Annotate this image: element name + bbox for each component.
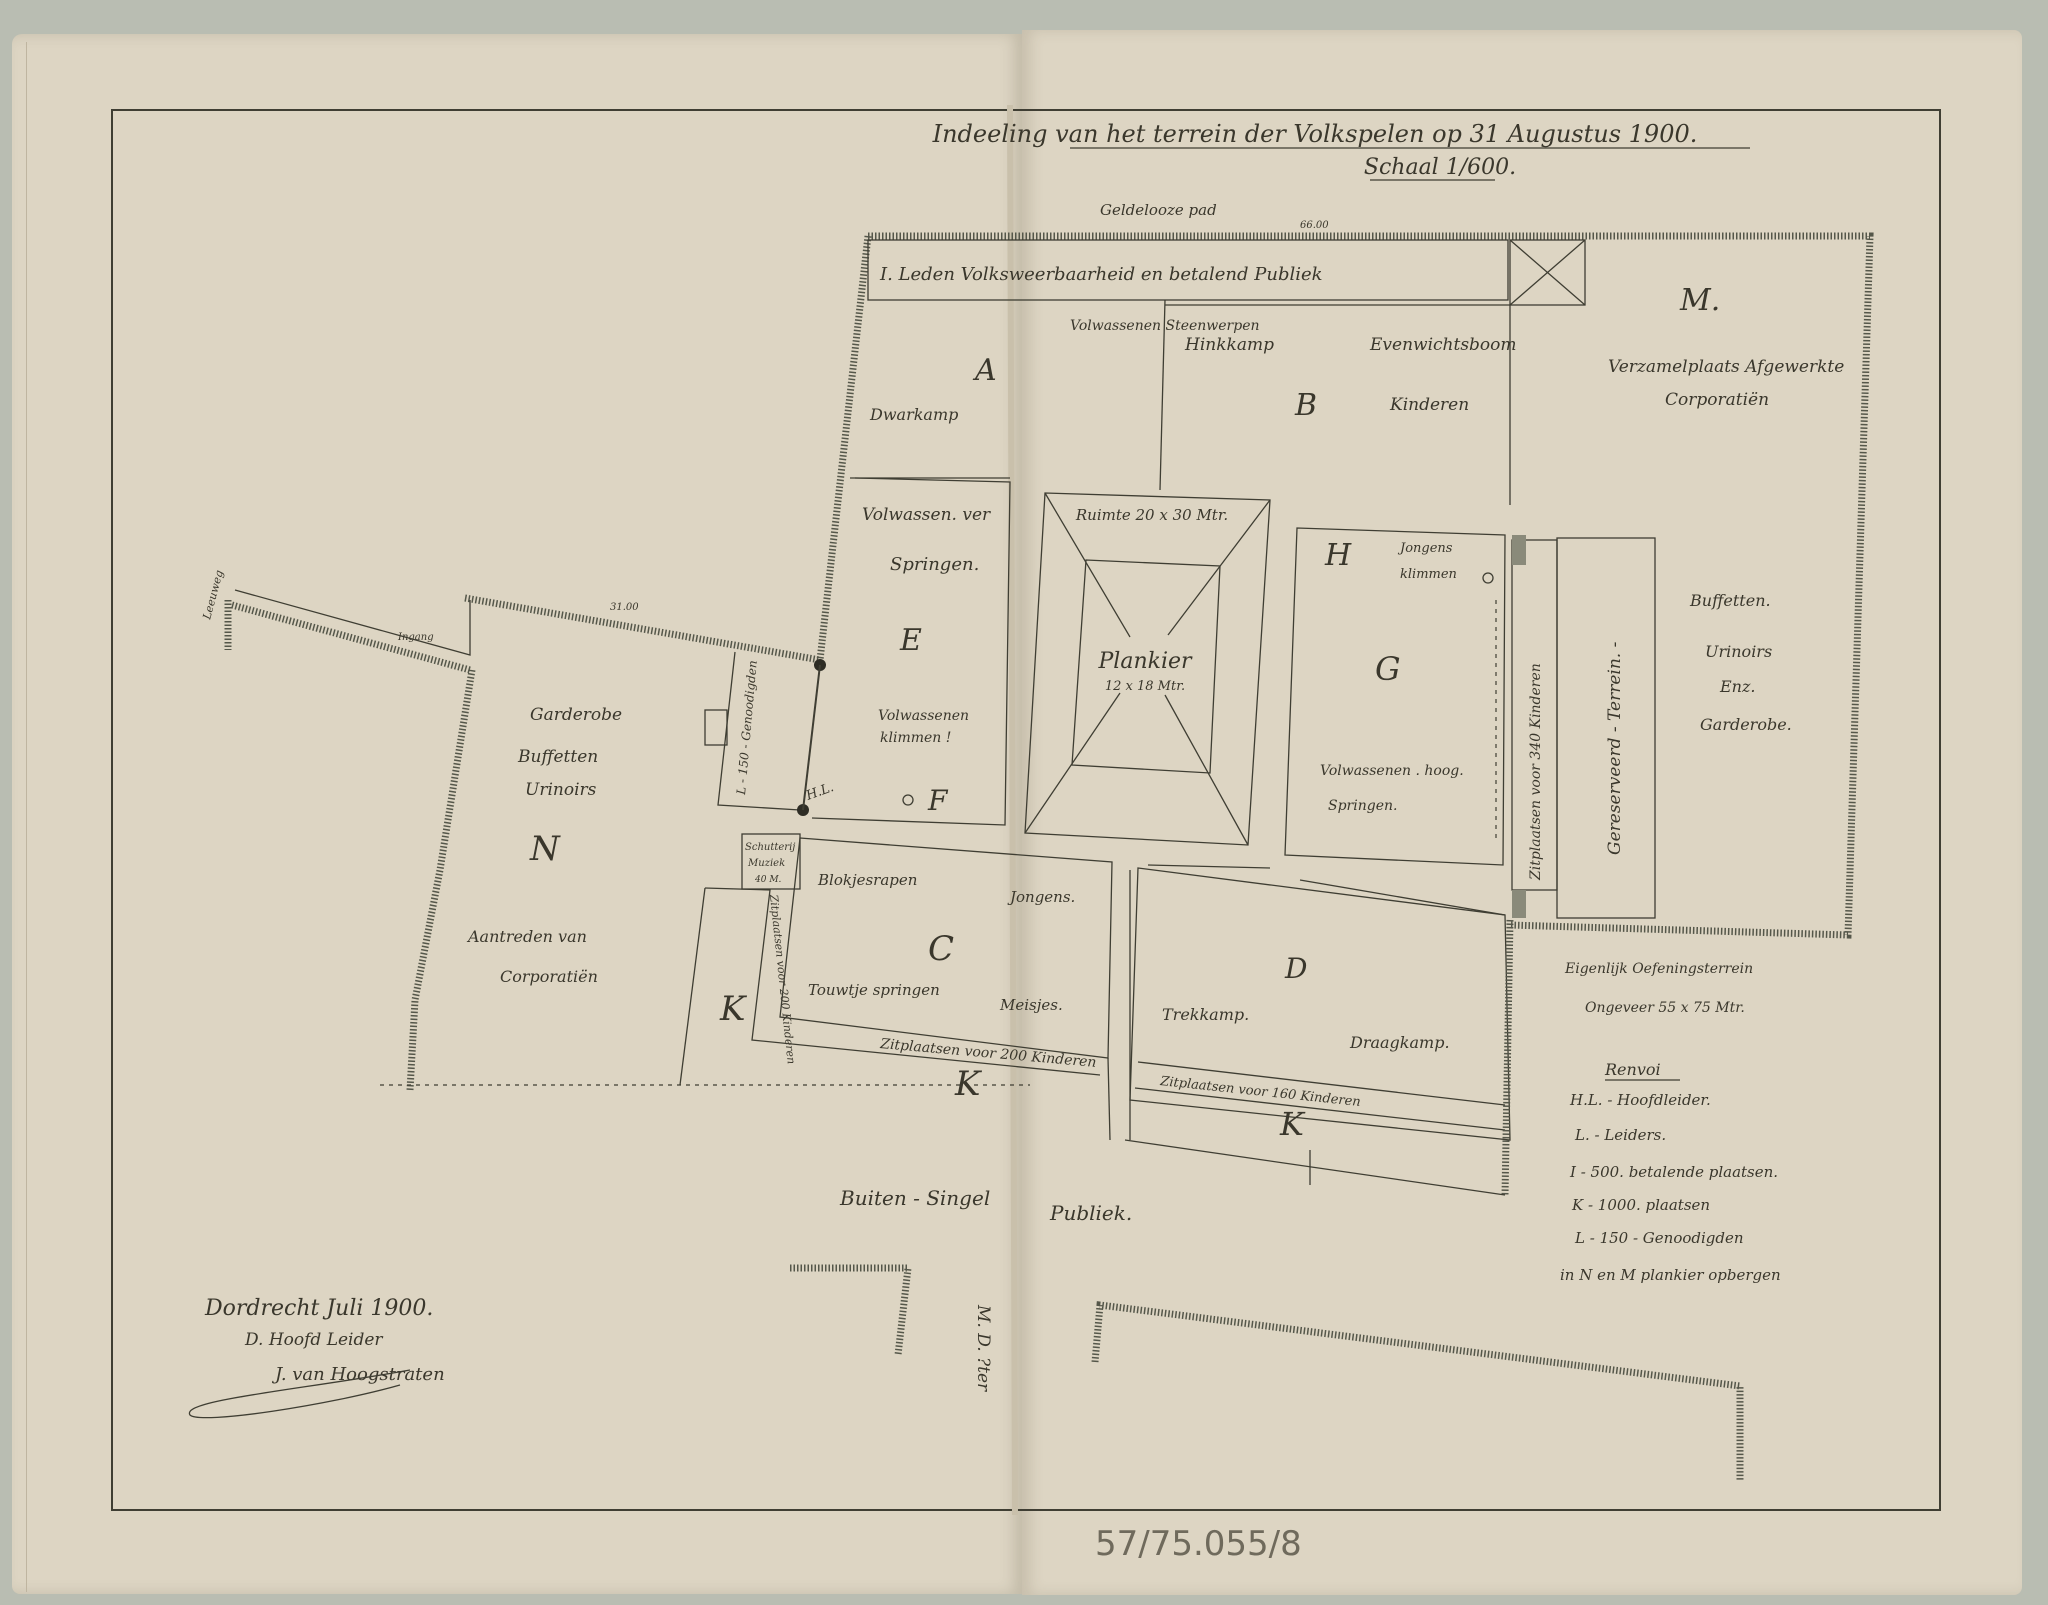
legend-title: Renvoi bbox=[1604, 1060, 1661, 1079]
legend-item-2: I - 500. betalende plaatsen. bbox=[1569, 1163, 1778, 1181]
area-M-letter: M. bbox=[1679, 283, 1720, 318]
seats-hatch-top bbox=[1512, 535, 1526, 565]
area-E-text-1: Volwassen. ver bbox=[862, 505, 991, 525]
area-H-text-1: Jongens bbox=[1397, 541, 1453, 556]
area-N-text-1: Garderobe bbox=[530, 705, 622, 725]
area-I-label: I. Leden Volksweerbaarheid en betalend P… bbox=[879, 264, 1323, 285]
area-M-text-2: Corporatiën bbox=[1665, 390, 1769, 410]
reserved-label: Gereserveerd - Terrein. - bbox=[1605, 641, 1625, 855]
area-E-letter: E bbox=[899, 623, 922, 658]
area-E-text-2: Springen. bbox=[890, 554, 979, 575]
area-H-letter: H bbox=[1324, 538, 1352, 573]
left-road-label: Leeuweg bbox=[200, 569, 226, 622]
area-D-text-2: Draagkamp. bbox=[1349, 1033, 1450, 1052]
plankier-title: Plankier bbox=[1097, 649, 1193, 674]
area-F-text-1: Volwassenen bbox=[878, 708, 969, 724]
area-N-text-3: Urinoirs bbox=[525, 780, 597, 800]
legend-item-5: in N en M plankier opbergen bbox=[1560, 1266, 1781, 1284]
signature-name: J. van Hoogstraten bbox=[271, 1364, 445, 1385]
legend-item-3: K - 1000. plaatsen bbox=[1571, 1196, 1710, 1214]
area-L-box bbox=[718, 652, 800, 810]
area-G-text-1: Volwassenen . hoog. bbox=[1320, 763, 1464, 779]
area-H-text-2: klimmen bbox=[1400, 567, 1457, 582]
services-text-1: Buffetten. bbox=[1689, 591, 1771, 610]
map-scale: Schaal 1/600. bbox=[1364, 155, 1516, 180]
entrance-label: Ingang bbox=[397, 632, 434, 643]
K-letter-1: K bbox=[719, 989, 748, 1029]
seats-160-label: Zitplaatsen voor 160 Kinderen bbox=[1159, 1074, 1362, 1110]
area-N-text-5: Corporatiën bbox=[500, 967, 598, 986]
services-text-3: Enz. bbox=[1719, 677, 1756, 696]
site-map: Indeeling van het terrein der Volkspelen… bbox=[0, 0, 2048, 1605]
area-M-text-1: Verzamelplaats Afgewerkte bbox=[1608, 357, 1844, 377]
area-C-text-4: Meisjes. bbox=[999, 996, 1063, 1014]
bottom-wall-right bbox=[1095, 1305, 1740, 1480]
area-L-label: L - 150 - Genoodigden bbox=[734, 660, 760, 797]
seats-hatch-bottom bbox=[1512, 890, 1526, 918]
services-text-4: Garderobe. bbox=[1700, 715, 1792, 734]
area-C-letter: C bbox=[928, 929, 954, 969]
signature-place-date: Dordrecht Juli 1900. bbox=[204, 1296, 433, 1321]
area-F-text-2: klimmen ! bbox=[880, 730, 951, 746]
HL-label: H.L. bbox=[803, 780, 836, 804]
music-text-3: 40 M. bbox=[754, 875, 782, 885]
archive-reference: 57/75.055/8 bbox=[1095, 1524, 1302, 1564]
K-letter-3: K bbox=[1279, 1105, 1306, 1143]
measure-top: 66.00 bbox=[1300, 220, 1329, 231]
area-F-letter: F bbox=[927, 784, 949, 817]
plankier: Ruimte 20 x 30 Mtr. Plankier 12 x 18 Mtr… bbox=[1025, 493, 1270, 845]
bottom-road-label: Buiten - Singel bbox=[839, 1186, 990, 1210]
area-N-text-4: Aantreden van bbox=[466, 927, 587, 946]
legend-item-0: H.L. - Hoofdleider. bbox=[1569, 1091, 1711, 1109]
top-path-label: Geldelooze pad bbox=[1100, 201, 1217, 219]
area-G-text-2: Springen. bbox=[1328, 798, 1397, 814]
area-C-text-2: Jongens. bbox=[1007, 888, 1075, 906]
music-text-1: Schutterij bbox=[745, 842, 795, 853]
area-A-letter: A bbox=[972, 353, 997, 388]
area-B-text-3: Kinderen bbox=[1389, 395, 1469, 415]
practice-field-text-2: Ongeveer 55 x 75 Mtr. bbox=[1585, 1000, 1745, 1016]
area-A-text-2: Volwassenen Steenwerpen bbox=[1070, 318, 1260, 334]
plankier-size: 12 x 18 Mtr. bbox=[1105, 679, 1185, 694]
area-C-text-1: Blokjesrapen bbox=[817, 871, 917, 889]
seats-200-label: Zitplaatsen voor 200 Kinderen bbox=[879, 1036, 1097, 1071]
plankier-outer-label-1: Ruimte 20 x 30 Mtr. bbox=[1075, 506, 1228, 524]
seats-200-vertical: Zitplaatsen voor 200 Kinderen bbox=[767, 893, 798, 1065]
legend-item-4: L - 150 - Genoodigden bbox=[1574, 1229, 1744, 1247]
area-G-letter: G bbox=[1375, 650, 1401, 688]
area-B-text-1: Hinkkamp bbox=[1184, 335, 1274, 355]
area-A-text-1: Dwarkamp bbox=[869, 405, 958, 424]
signature-role: D. Hoofd Leider bbox=[244, 1330, 383, 1350]
bottom-wall-left bbox=[790, 1268, 908, 1355]
music-text-2: Muziek bbox=[747, 858, 785, 869]
services-text-2: Urinoirs bbox=[1705, 642, 1772, 661]
area-B-text-2: Evenwichtsboom bbox=[1369, 335, 1517, 355]
left-entrance-wall bbox=[232, 605, 470, 670]
signature-block: Dordrecht Juli 1900. D. Hoofd Leider J. … bbox=[189, 1296, 444, 1418]
map-title: Indeeling van het terrein der Volkspelen… bbox=[932, 120, 1698, 148]
area-D-letter: D bbox=[1284, 952, 1307, 985]
title-block: Indeeling van het terrein der Volkspelen… bbox=[932, 120, 1750, 180]
area-B-letter: B bbox=[1294, 388, 1317, 423]
K-letter-2: K bbox=[954, 1064, 983, 1104]
outer-wall-left bbox=[820, 236, 868, 660]
area-C-text-3: Touwtje springen bbox=[808, 981, 940, 999]
area-N-text-2: Buffetten bbox=[517, 747, 598, 767]
area-D-text-1: Trekkamp. bbox=[1162, 1005, 1249, 1024]
practice-field-text-1: Eigenlijk Oefeningsterrein bbox=[1564, 961, 1753, 977]
measure-31: 31.00 bbox=[610, 602, 639, 613]
legend-item-1: L. - Leiders. bbox=[1574, 1126, 1666, 1144]
area-G-box bbox=[1285, 528, 1505, 865]
bottom-building-label: M. D. ?ter bbox=[973, 1304, 993, 1392]
area-N-letter: N bbox=[529, 829, 561, 869]
outer-wall-top-right bbox=[868, 236, 1870, 935]
book-gutter bbox=[1010, 105, 1015, 1515]
seats-340-label: Zitplaatsen voor 340 Kinderen bbox=[1528, 663, 1544, 881]
legend: Renvoi H.L. - Hoofdleider. L. - Leiders.… bbox=[1560, 1060, 1781, 1284]
bottom-public-label: Publiek. bbox=[1049, 1201, 1132, 1225]
left-wing-wall bbox=[410, 670, 472, 1090]
